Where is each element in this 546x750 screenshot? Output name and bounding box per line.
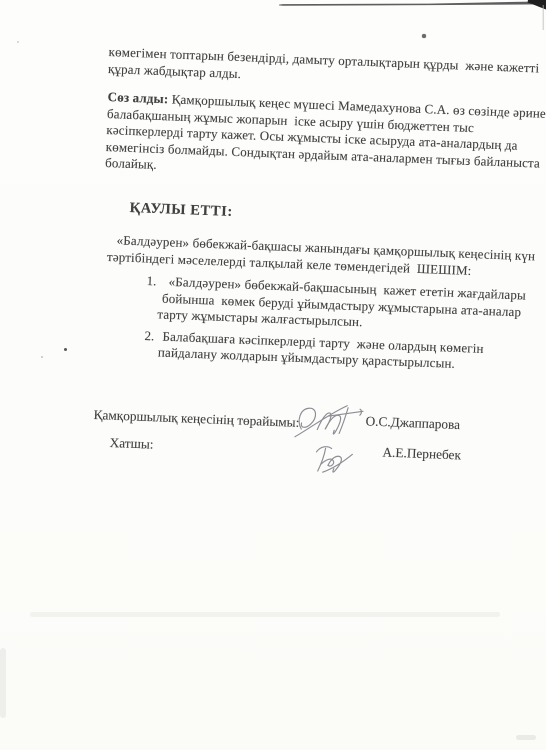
resolution-heading: ҚАУЛЫ ЕТТІ: <box>129 199 233 221</box>
scan-speck <box>64 348 67 351</box>
scan-speck <box>422 34 426 38</box>
decision-text: Балабақшаға кәсіпкерлерді тарту және ола… <box>165 328 484 373</box>
signature-role-label: Қамқоршылық кеңесінің төрайымы: <box>93 406 299 431</box>
paragraph-speech: Сөз алды: Қамқоршылық кеңес мүшесі Мамед… <box>105 89 546 188</box>
decision-list: 1. «Балдәурен» бөбекжай-бақшасының кажет… <box>144 273 527 375</box>
signature-role-label: Хатшы: <box>109 434 153 453</box>
scan-edge-artifact <box>279 0 546 36</box>
signature-name-chair: О.С.Джаппарова <box>365 412 460 433</box>
scan-smudge <box>0 648 6 718</box>
decision-number: 1. <box>146 273 168 290</box>
scan-smudge <box>516 735 536 740</box>
scan-speck <box>17 41 19 43</box>
resolution-heading-block: ҚАУЛЫ ЕТТІ: <box>129 199 233 221</box>
paragraph-summary: көмегімен топтарын безендірді, дамыту ор… <box>108 44 540 94</box>
decision-text: «Балдәурен» бөбекжай-бақшасының кажет ет… <box>166 274 526 337</box>
scanned-document-page: көмегімен топтарын безендірді, дамыту ор… <box>0 0 546 750</box>
scan-speck <box>41 356 43 358</box>
signature-name-secretary: А.Е.Пернебек <box>382 443 461 463</box>
signature-chair-scribble <box>292 401 365 444</box>
speech-lead-label: Сөз алды: <box>107 89 168 106</box>
decision-item-1: 1. «Балдәурен» бөбекжай-бақшасының кажет… <box>145 273 526 337</box>
scan-smudge <box>30 612 500 617</box>
signature-secretary-scribble <box>313 444 356 478</box>
